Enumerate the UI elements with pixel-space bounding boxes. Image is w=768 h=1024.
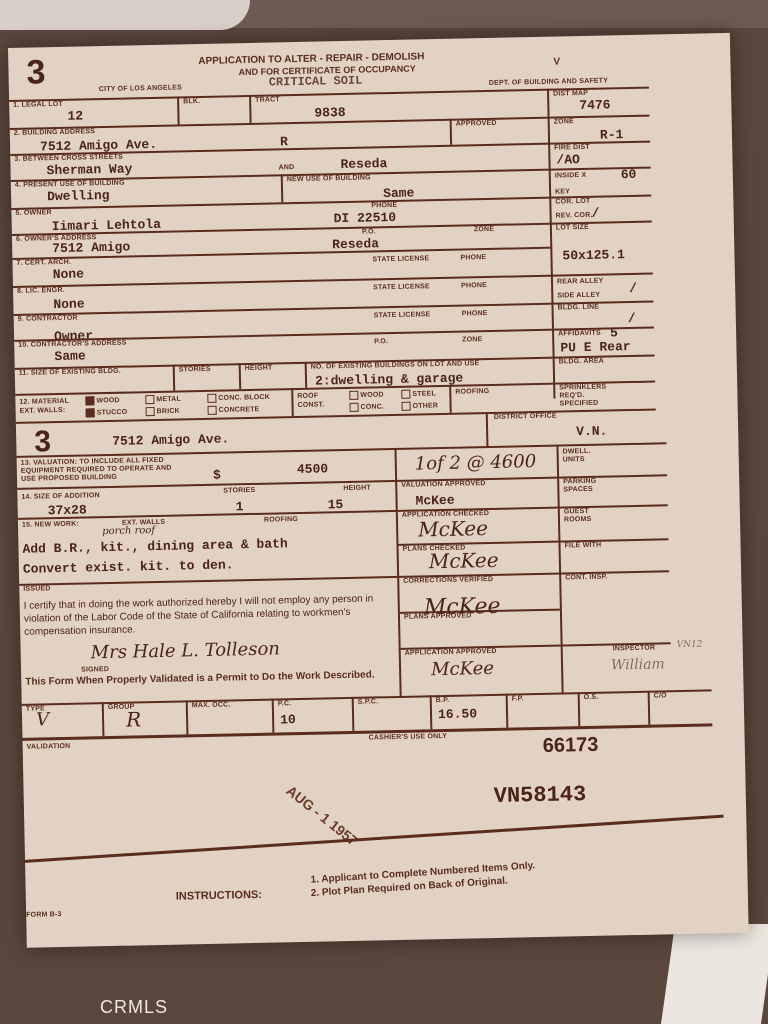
material-stucco[interactable]: STUCCO [86,408,128,418]
checkbox-icon [146,407,155,416]
lot-size-label: LOT SIZE [556,224,589,232]
height-existing-label: HEIGHT [245,365,273,373]
inside-label: INSIDE X [555,172,587,180]
district-office-value: V.N. [576,424,608,440]
bldg-area-label: BLDG. AREA [559,358,604,366]
and-label: AND [278,164,294,171]
city-label: CITY OF LOS ANGELES [99,84,182,93]
state-license-2: STATE LICENSE [373,283,430,291]
height-addition-value: 15 [327,497,343,512]
pc-value: 10 [280,712,296,727]
rule [578,692,581,726]
rule [486,412,489,446]
new-work-label: 15. NEW WORK: [22,521,79,529]
contractor-address-value: Same [54,348,86,364]
side-alley-label: SIDE ALLEY [557,292,600,300]
rule [291,388,294,416]
stories-existing-label: STORIES [179,366,211,374]
size-existing-label: 11. SIZE OF EXISTING BLDG. [19,368,121,377]
rule [450,119,453,145]
validation-label: VALIDATION [27,743,71,751]
option-label: CONC. [361,404,385,411]
application-checked-signature: McKee [418,516,488,541]
lic-engr-label: 8. LIC. ENGR. [17,287,65,295]
sprinklers-label: SPRINKLERS REQ'D. SPECIFIED [559,383,619,408]
new-work-annotation: porch roof [102,525,155,537]
rule [25,815,724,863]
valuation-currency: $ [213,468,221,483]
checkbox-icon [401,390,410,399]
checkbox-icon [86,408,95,417]
roof-const-label: ROOF CONST. [297,391,337,410]
cashier-number: 66173 [543,734,599,758]
permit-number: VN58143 [494,782,587,809]
permit-document: 3 APPLICATION TO ALTER - REPAIR - DEMOLI… [8,33,749,948]
cross-street-2: Reseda [340,156,387,172]
affidavits-label: AFFIDAVITS [558,330,601,338]
rule [506,694,509,728]
rule [648,691,651,725]
stories-addition-label: STORIES [223,487,255,495]
mark-v: V [553,56,560,67]
material-wood[interactable]: WOOD [85,396,120,406]
blk-label: BLK. [183,98,200,105]
material-metal[interactable]: METAL [145,394,181,404]
pc-label: P.C. [278,700,292,707]
application-approved-signature: McKee [431,658,494,680]
zone-label: ZONE [554,118,574,125]
contractor-zone-label: ZONE [462,336,482,343]
roof-other[interactable]: OTHER [401,401,438,411]
building-address-suffix: R [280,134,288,149]
option-label: STEEL [412,390,436,397]
tract-value: 9838 [314,105,346,121]
new-use-label: NEW USE OF BUILDING [287,174,371,183]
dist-map-value: 7476 [579,97,611,113]
material-concrete[interactable]: CONCRETE [208,405,260,415]
valuation-label: 13. VALUATION: TO INCLUDE ALL FIXED EQUI… [21,456,181,483]
roofing-addition-label: ROOFING [264,516,298,524]
repeat-address: 7512 Amigo Ave. [112,431,229,448]
bldg-line-value: / [628,311,636,326]
district-office-label: DISTRICT OFFICE [494,413,557,421]
tract-label: TRACT [255,96,280,104]
phone-label: PHONE [371,202,397,210]
option-label: CONCRETE [219,406,260,414]
affidavits-value: 5 [610,325,618,340]
inspector-label: INSPECTOR [613,645,656,653]
lic-engr-value: None [53,296,85,312]
parking-spaces-label: PARKING SPACES [563,478,603,495]
state-license-3: STATE LICENSE [374,311,431,319]
certification-text: I certify that in doing the work authori… [24,592,395,639]
issued-label: ISSUED [23,585,50,593]
affidavits-note: PU E Rear [560,339,631,355]
fire-dist-value: /AO [556,152,580,167]
bldg-line-label: BLDG. LINE [557,304,599,312]
rev-cor-label: REV. COR. [556,212,593,220]
bp-label: B.P. [436,697,450,704]
legal-lot-label: 1. LEGAL LOT [13,101,63,109]
phone-3: PHONE [462,310,488,318]
key-label: KEY [555,188,570,195]
option-label: BRICK [157,408,180,415]
instructions-label: INSTRUCTIONS: [176,889,262,903]
building-address-label: 2. BUILDING ADDRESS [14,128,95,137]
new-work-line-1: Add B.R., kit., dining area & bath [22,536,288,557]
po-label: P.O. [362,228,376,235]
contractor-address-label: 10. CONTRACTOR'S ADDRESS [18,340,126,349]
max-occ-label: MAX. OCC. [192,701,231,709]
bp-value: 16.50 [438,706,477,722]
inspector-note: VN12 [677,640,703,651]
signed-label: SIGNED [81,666,109,674]
material-conc-block[interactable]: CONC. BLOCK [207,393,270,403]
rule [281,174,284,202]
background-paper [0,0,250,30]
owner-label: 5. OWNER [15,209,51,217]
valuation-approved-value: McKee [415,493,454,509]
state-license-1: STATE LICENSE [372,255,429,263]
inspector-value: William [611,656,665,673]
material-label: 12. MATERIAL EXT. WALLS: [19,397,79,416]
checkbox-icon [145,395,154,404]
watermark: CRMLS [100,997,168,1018]
option-label: WOOD [96,397,120,404]
dist-map-label: DIST MAP [553,90,588,98]
phone-value: DI 22510 [333,210,396,226]
rule [272,699,275,733]
present-use-value: Dwelling [47,188,110,204]
copy-number: 3 [26,53,46,92]
cont-insp-label: CONT. INSP. [565,574,608,582]
checkbox-icon [207,394,216,403]
rule [239,363,242,389]
roof-conc[interactable]: CONC. [350,402,385,412]
rule [552,329,555,399]
os-label: O.S. [584,694,599,701]
valuation-handwritten: 1of 2 @ 4600 [415,451,537,475]
rule [449,385,452,413]
rear-alley-label: REAR ALLEY [557,278,604,286]
cert-arch-value: None [53,266,85,282]
stories-addition-value: 1 [236,499,244,514]
material-brick[interactable]: BRICK [146,406,180,416]
approved-label: APPROVED [456,120,497,128]
rule [177,96,180,124]
owner-address-value: 7512 Amigo [52,239,130,256]
new-work-line-2: Convert exist. kit. to den. [23,557,234,576]
inside-value: 60 [621,167,637,182]
cross-street-1: Sherman Way [46,161,132,178]
contractor-po-label: P.O. [374,338,388,345]
cor-lot-label: COR. LOT [555,198,590,206]
cashier-label: CASHIER'S USE ONLY [368,733,447,742]
checkbox-icon [349,391,358,400]
rev-cor-value: / [591,206,599,221]
option-label: OTHER [413,402,439,410]
option-label: CONC. BLOCK [218,394,270,402]
rule [102,702,105,736]
owner-zone-label: ZONE [474,226,494,233]
fp-label: F.P. [512,695,524,702]
rule [352,697,355,731]
dwell-units-label: DWELL. UNITS [563,448,603,465]
roofing-label: ROOFING [455,388,489,396]
plans-approved-signature: McKee [424,594,501,621]
plans-checked-signature: McKee [429,548,499,573]
cert-arch-label: 7. CERT. ARCH. [16,259,71,267]
fire-dist-label: FIRE DIST [554,144,590,152]
checkbox-icon [208,406,217,415]
spc-label: S.P.C. [358,698,379,705]
checkbox-icon [350,403,359,412]
roof-wood[interactable]: WOOD [349,390,384,400]
valuation-approved-label: VALUATION APPROVED [401,480,486,489]
phone-2: PHONE [461,282,487,290]
option-label: WOOD [360,392,384,399]
option-label: METAL [156,396,181,404]
phone-1: PHONE [460,254,486,262]
checkbox-icon [85,396,94,405]
size-addition-label: 14. SIZE OF ADDITION [21,492,100,501]
contractor-label: 9. CONTRACTOR [18,315,78,323]
checkbox-icon [401,402,410,411]
co-label: C/O [654,692,667,699]
legal-lot-value: 12 [67,108,83,123]
rule [249,95,252,123]
type-value: V [36,709,49,730]
option-label: STUCCO [97,409,128,417]
height-addition-label: HEIGHT [343,484,371,492]
guest-rooms-label: GUEST ROOMS [564,508,604,525]
dept-label: DEPT. OF BUILDING AND SAFETY [489,77,608,86]
rule [186,700,189,734]
critical-soil-overprint: CRITICAL SOIL [269,74,363,90]
roof-steel[interactable]: STEEL [401,389,436,399]
application-approved-label: APPLICATION APPROVED [405,648,497,657]
file-with-label: FILE WITH [564,542,601,550]
lot-size-value: 50x125.1 [562,247,625,263]
form-number: Form B-3 [26,911,62,919]
group-value: R [126,707,142,731]
rule [305,362,308,388]
corrections-verified-label: CORRECTIONS VERIFIED [403,576,493,585]
rule [173,365,176,391]
side-alley-value: / [629,281,637,296]
applicant-signature: Mrs Hale L. Tolleson [90,638,280,663]
valuation-value: 4500 [297,461,329,477]
rule [430,695,433,729]
corner-paper [661,924,768,1024]
